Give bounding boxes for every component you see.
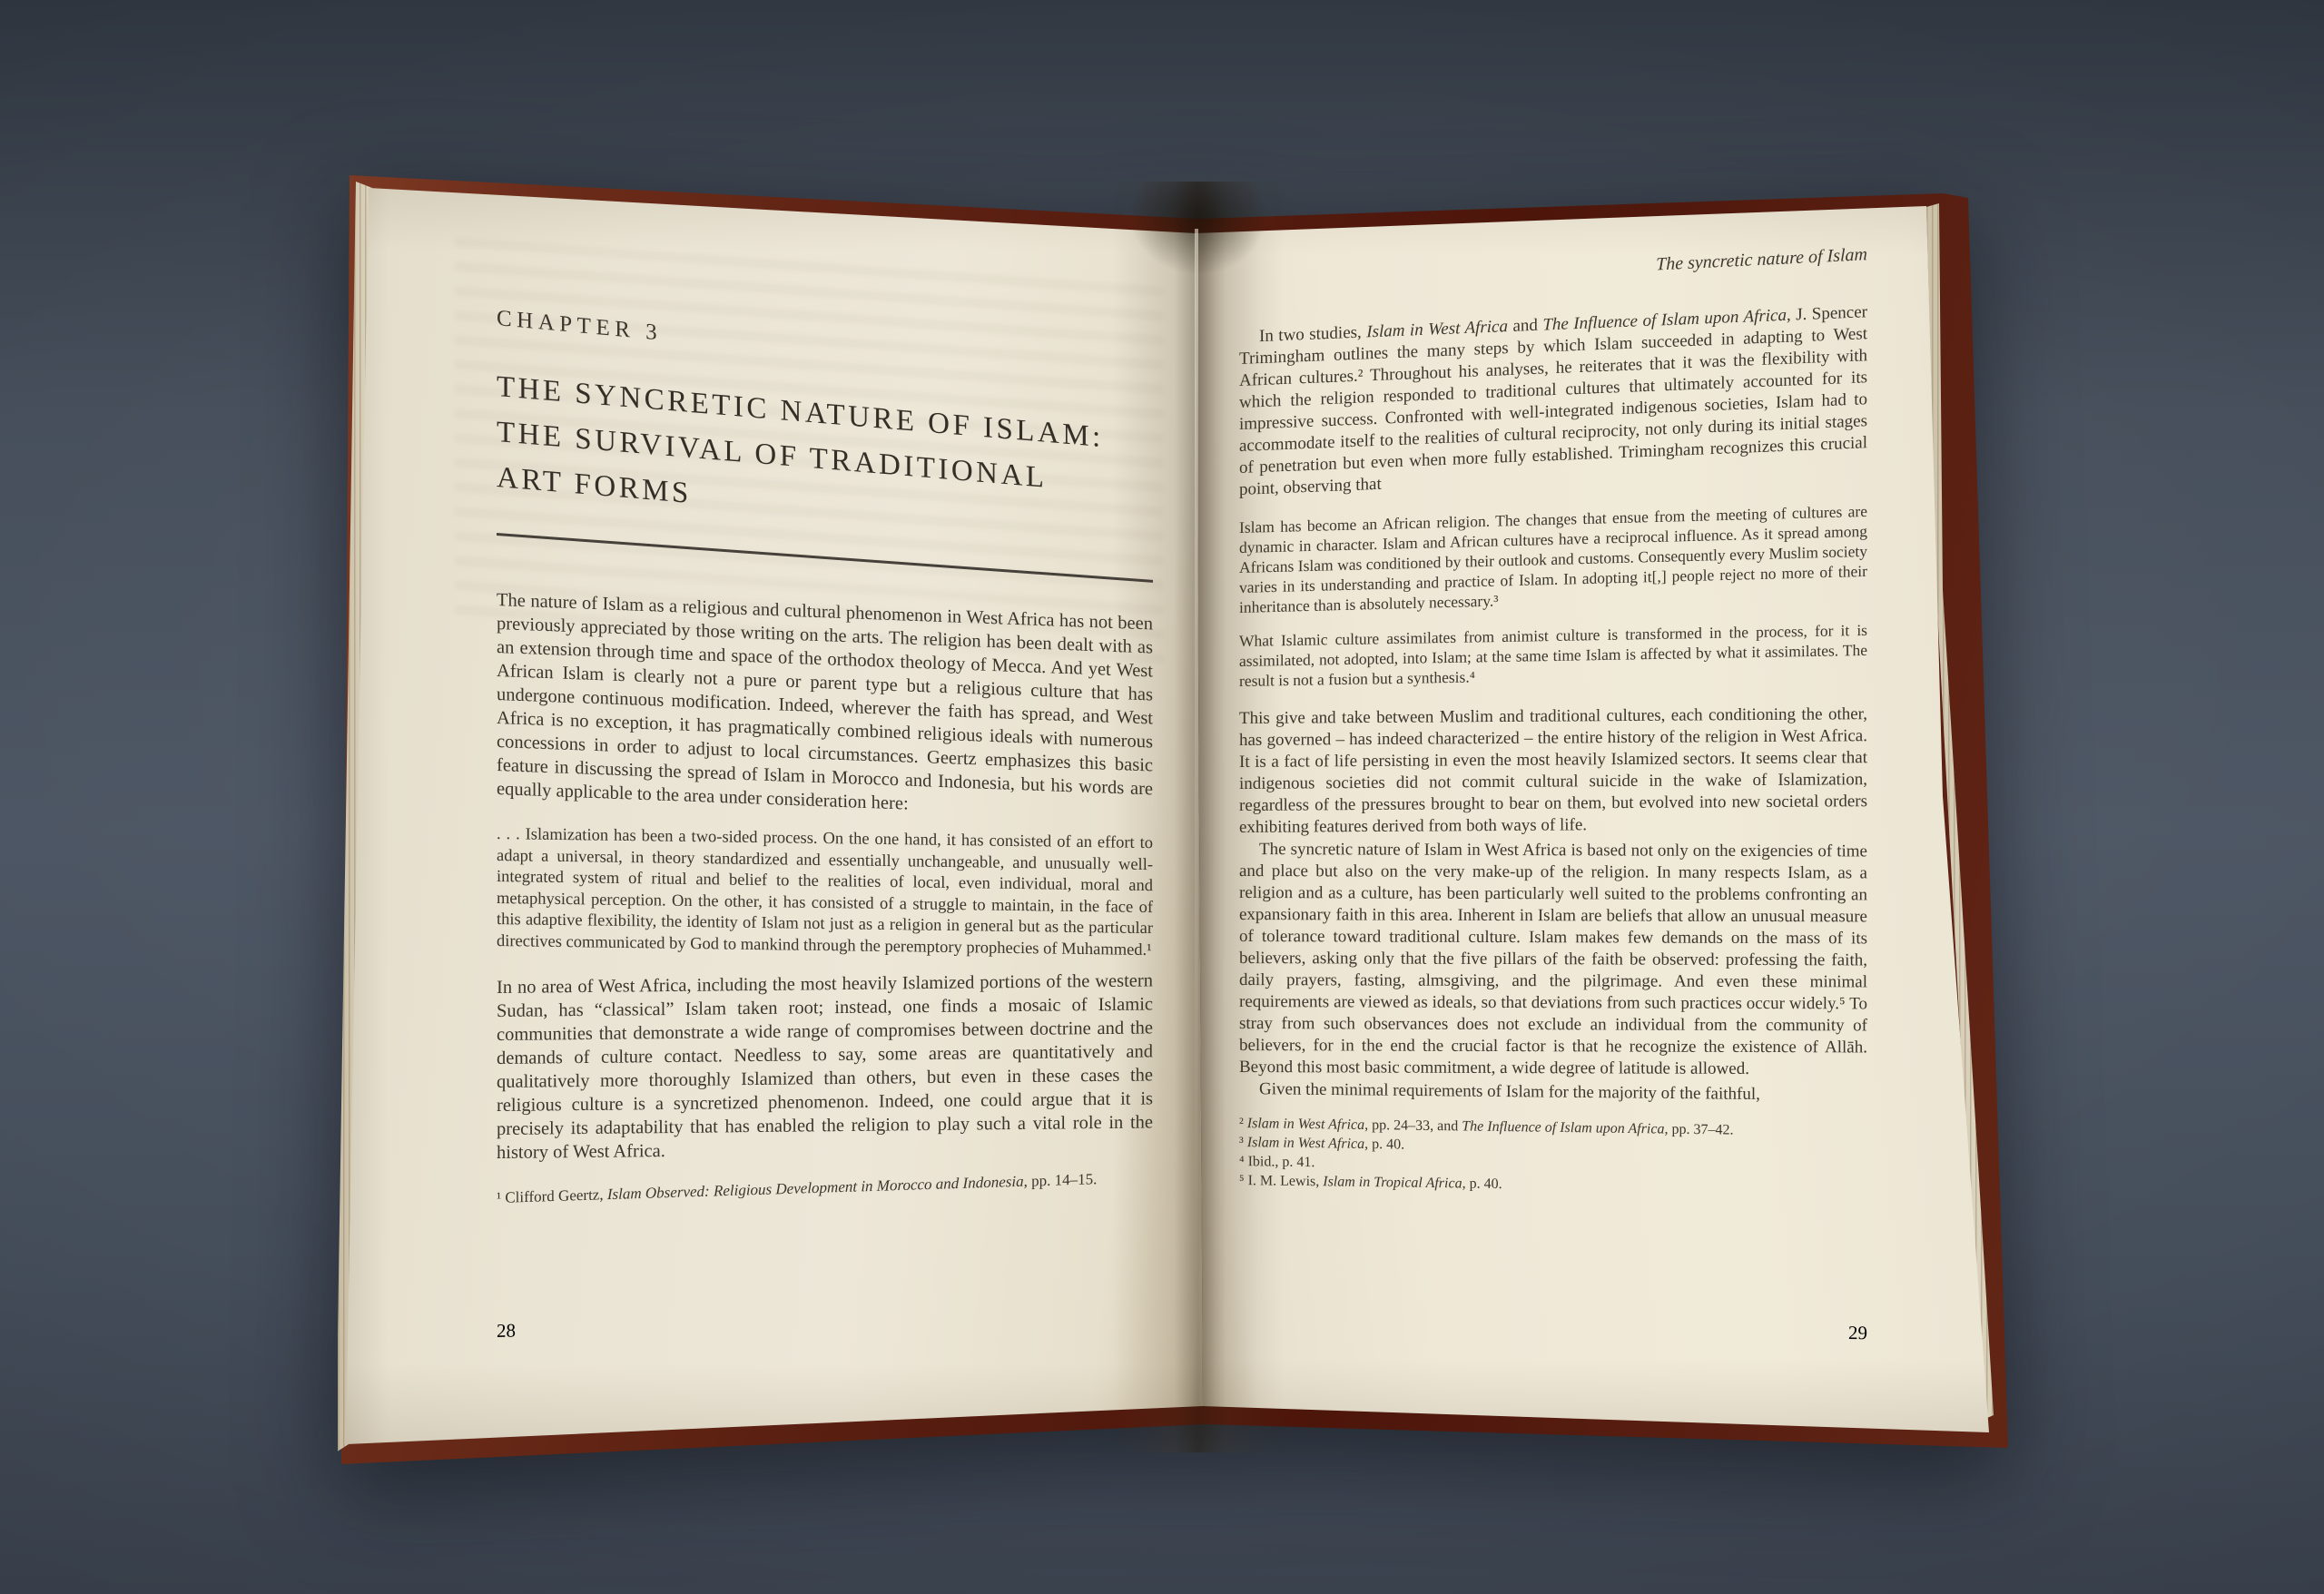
chapter-title: THE SYNCRETIC NATURE OF ISLAM: THE SURVI… [497, 364, 1153, 556]
right-page-number: 29 [1239, 1315, 1867, 1344]
left-page: CHAPTER 3 THE SYNCRETIC NATURE OF ISLAM:… [346, 188, 1203, 1451]
right-page-text-block: The syncretic nature of Islam In two stu… [1239, 206, 1867, 1190]
right-blockquote-2: What Islamic culture assimilates from an… [1239, 620, 1867, 691]
left-blockquote: . . . Islamization has been a two-sided … [497, 824, 1153, 961]
right-paragraph-2: This give and take between Muslim and tr… [1239, 704, 1867, 839]
right-blockquote-1: Islam has become an African religion. Th… [1239, 501, 1867, 617]
running-header: The syncretic nature of Islam [1239, 244, 1867, 296]
photo-background: CHAPTER 3 THE SYNCRETIC NATURE OF ISLAM:… [0, 0, 2324, 1594]
right-footnotes: ² Islam in West Africa, pp. 24–33, and T… [1239, 1114, 1867, 1199]
left-paragraph-2: In no area of West Africa, including the… [497, 969, 1153, 1165]
left-footnote-1: ¹ Clifford Geertz, Islam Observed: Relig… [497, 1167, 1153, 1208]
left-page-number: 28 [497, 1319, 516, 1343]
left-paragraph-1: The nature of Islam as a religious and c… [497, 588, 1153, 825]
left-page-text-block: CHAPTER 3 THE SYNCRETIC NATURE OF ISLAM:… [497, 188, 1153, 1208]
right-paragraph-1: In two studies, Islam in West Africa and… [1239, 301, 1867, 501]
right-page: The syncretic nature of Islam In two stu… [1196, 206, 1994, 1432]
right-paragraph-4: Given the minimal requirements of Islam … [1239, 1078, 1867, 1107]
right-paragraph-3: The syncretic nature of Islam in West Af… [1239, 839, 1867, 1080]
open-book: CHAPTER 3 THE SYNCRETIC NATURE OF ISLAM:… [0, 0, 2324, 1594]
